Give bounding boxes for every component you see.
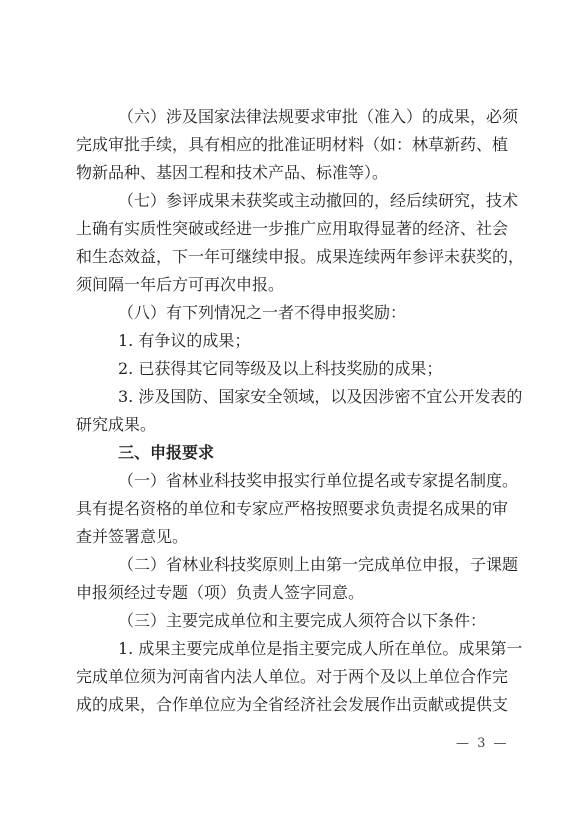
paragraph-line: （一）省林业科技奖申报实行单位提名或专家提名制度。	[118, 467, 500, 495]
list-item: 3. 涉及国防、国家安全领域，以及因涉密不宜公开发表的	[118, 383, 500, 411]
paragraph-line: 上确有实质性突破或经进一步推广应用取得显著的经济、社会	[76, 215, 500, 243]
section-heading: 三、申报要求	[118, 439, 500, 467]
paragraph-line: 查并签署意见。	[76, 523, 500, 551]
list-item: 2. 已获得其它同等级及以上科技奖励的成果；	[118, 355, 500, 383]
paragraph-line: 研究成果。	[76, 411, 500, 439]
paragraph-line: （八）有下列情况之一者不得申报奖励：	[118, 299, 500, 327]
document-page: （六）涉及国家法律法规要求审批（准入）的成果，必须 完成审批手续，具有相应的批准…	[0, 0, 576, 816]
paragraph-line: （七）参评成果未获奖或主动撤回的，经后续研究，技术	[118, 187, 500, 215]
paragraph-line: （三）主要完成单位和主要完成人须符合以下条件：	[118, 607, 500, 635]
paragraph-line: 成的成果，合作单位应为全省经济社会发展作出贡献或提供支	[76, 691, 500, 719]
paragraph-line: 完成单位须为河南省内法人单位。对于两个及以上单位合作完	[76, 663, 500, 691]
page-number: — 3 —	[456, 736, 509, 751]
paragraph-line: 完成审批手续，具有相应的批准证明材料（如：林草新药、植	[76, 131, 500, 159]
paragraph-line: 须间隔一年后方可再次申报。	[76, 271, 500, 299]
paragraph-line: 物新品种、基因工程和技术产品、标准等）。	[76, 159, 500, 187]
paragraph-line: 具有提名资格的单位和专家应严格按照要求负责提名成果的审	[76, 495, 500, 523]
paragraph-line: 申报须经过专题（项）负责人签字同意。	[76, 579, 500, 607]
list-item: 1. 成果主要完成单位是指主要完成人所在单位。成果第一	[118, 635, 500, 663]
paragraph-line: （六）涉及国家法律法规要求审批（准入）的成果，必须	[118, 103, 500, 131]
list-item: 1. 有争议的成果；	[118, 327, 500, 355]
paragraph-line: 和生态效益，下一年可继续申报。成果连续两年参评未获奖的，	[76, 243, 500, 271]
paragraph-line: （二）省林业科技奖原则上由第一完成单位申报，子课题	[118, 551, 500, 579]
